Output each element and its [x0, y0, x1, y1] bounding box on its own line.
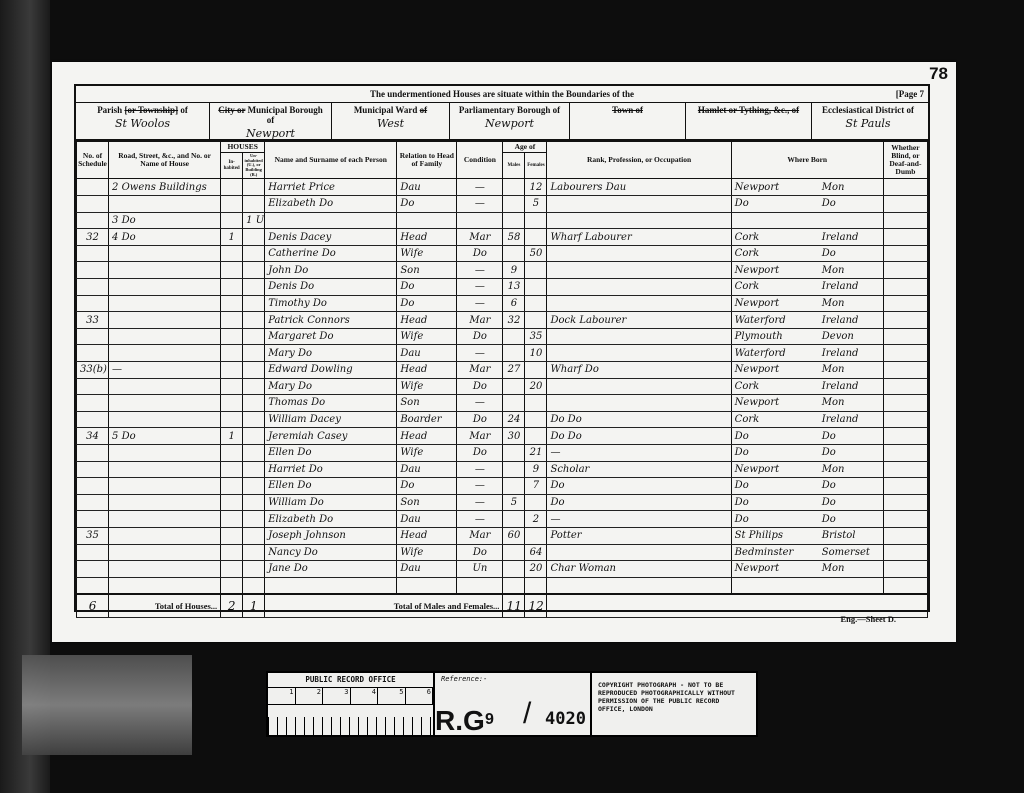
cell-schedule — [77, 577, 109, 594]
cell-name: Elizabeth Do — [265, 511, 397, 528]
cell-male — [503, 544, 525, 561]
district-field: Hamlet or Tything, &c., of — [686, 103, 812, 139]
cell-name: William Dacey — [265, 411, 397, 428]
table-row: 33(b)—Edward DowlingHeadMar27Wharf DoNew… — [77, 362, 928, 379]
cell-relation: Son — [397, 494, 457, 511]
ruler-number: 6 — [406, 688, 434, 704]
cell-condition: — — [457, 395, 503, 412]
cell-schedule — [77, 444, 109, 461]
cell-uninh — [243, 179, 265, 196]
cell-schedule — [77, 494, 109, 511]
cell-born: DoDo — [731, 511, 883, 528]
cell-uninh — [243, 312, 265, 329]
cell-occupation: Do — [547, 478, 731, 495]
census-page: 78 The undermentioned Houses are situate… — [52, 62, 956, 642]
cell-occupation: — — [547, 511, 731, 528]
cell-schedule — [77, 411, 109, 428]
cell-uninh — [243, 262, 265, 279]
district-header: Parish [or Township] ofSt WoolosCity or … — [76, 103, 928, 141]
cell-female: 7 — [525, 478, 547, 495]
cell-born: CorkIreland — [731, 411, 883, 428]
cell-blind — [883, 262, 927, 279]
ruler-ticks — [268, 705, 433, 735]
cell-male: 60 — [503, 527, 525, 544]
cell-male: 6 — [503, 295, 525, 312]
cell-occupation — [547, 378, 731, 395]
cell-relation: Wife — [397, 544, 457, 561]
cell-schedule — [77, 511, 109, 528]
cell-inh — [221, 179, 243, 196]
col-males: Males — [503, 152, 525, 179]
cell-schedule: 34 — [77, 428, 109, 445]
cell-male: 24 — [503, 411, 525, 428]
cell-occupation: Wharf Do — [547, 362, 731, 379]
ruler-number: 5 — [378, 688, 406, 704]
cell-name: Ellen Do — [265, 444, 397, 461]
cell-female: 50 — [525, 245, 547, 262]
cell-road — [109, 527, 221, 544]
cell-schedule — [77, 328, 109, 345]
film-background — [22, 655, 192, 755]
cell-male — [503, 511, 525, 528]
cell-road — [109, 478, 221, 495]
cell-male: 5 — [503, 494, 525, 511]
cell-inh — [221, 245, 243, 262]
cell-born: NewportMon — [731, 362, 883, 379]
cell-occupation: Do — [547, 494, 731, 511]
table-row: Elizabeth DoDo—5DoDo — [77, 196, 928, 213]
cell-born: BedminsterSomerset — [731, 544, 883, 561]
office-name: PUBLIC RECORD OFFICE — [268, 673, 433, 688]
cell-inh: 1 — [221, 229, 243, 246]
cell-inh — [221, 395, 243, 412]
col-relation: Relation to Head of Family — [397, 142, 457, 179]
reference-series: 9 — [485, 711, 494, 729]
boundaries-banner: The undermentioned Houses are situate wi… — [76, 86, 928, 103]
cell-uninh — [243, 428, 265, 445]
cell-schedule — [77, 544, 109, 561]
cell-occupation: Do Do — [547, 411, 731, 428]
cell-blind — [883, 345, 927, 362]
cell-uninh — [243, 229, 265, 246]
cell-name: Denis Dacey — [265, 229, 397, 246]
cell-blind — [883, 395, 927, 412]
cell-born: PlymouthDevon — [731, 328, 883, 345]
cell-name: Mary Do — [265, 345, 397, 362]
total-females: 12 — [525, 594, 547, 618]
cell-blind — [883, 428, 927, 445]
cell-occupation — [547, 577, 731, 594]
cell-inh — [221, 411, 243, 428]
cell-occupation — [547, 245, 731, 262]
cell-condition: Do — [457, 328, 503, 345]
cell-name: Mary Do — [265, 378, 397, 395]
cell-male — [503, 561, 525, 578]
cell-schedule: 33(b) — [77, 362, 109, 379]
cell-name: Ellen Do — [265, 478, 397, 495]
cell-occupation: Dock Labourer — [547, 312, 731, 329]
cell-female: 10 — [525, 345, 547, 362]
total-houses-label: Total of Houses... — [109, 594, 221, 618]
cell-condition: — — [457, 494, 503, 511]
cell-schedule — [77, 196, 109, 213]
cell-female — [525, 312, 547, 329]
cell-male — [503, 212, 525, 229]
cell-female — [525, 262, 547, 279]
cell-occupation — [547, 295, 731, 312]
cell-female — [525, 411, 547, 428]
cell-male: 30 — [503, 428, 525, 445]
cell-occupation — [547, 262, 731, 279]
table-row: William DoSon—5DoDoDo — [77, 494, 928, 511]
cell-name: Harriet Price — [265, 179, 397, 196]
table-row: Ellen DoDo—7DoDoDo — [77, 478, 928, 495]
cell-relation: Son — [397, 395, 457, 412]
table-row: 3 Do1 U — [77, 212, 928, 229]
cell-road — [109, 328, 221, 345]
cell-female — [525, 362, 547, 379]
cell-uninh — [243, 279, 265, 296]
total-uninhabited: 1 — [243, 594, 265, 618]
district-value: Newport — [214, 127, 327, 140]
cell-condition: — — [457, 279, 503, 296]
sheet-code: Eng.—Sheet D. — [841, 614, 897, 624]
col-houses: HOUSES — [221, 142, 265, 153]
cell-schedule — [77, 395, 109, 412]
cell-born: St PhilipsBristol — [731, 527, 883, 544]
cell-condition: — — [457, 461, 503, 478]
cell-relation: Wife — [397, 328, 457, 345]
district-value: St Woolos — [80, 117, 205, 130]
cell-schedule — [77, 461, 109, 478]
ruler-number: 4 — [351, 688, 379, 704]
reference-piece: 4020 — [545, 709, 586, 729]
cell-blind — [883, 561, 927, 578]
cell-road — [109, 378, 221, 395]
cell-inh — [221, 262, 243, 279]
cell-condition: Do — [457, 245, 503, 262]
cell-occupation: Char Woman — [547, 561, 731, 578]
cell-blind — [883, 362, 927, 379]
cell-female — [525, 577, 547, 594]
cell-occupation — [547, 395, 731, 412]
district-field: Ecclesiastical District ofSt Pauls — [812, 103, 924, 139]
cell-condition: Mar — [457, 428, 503, 445]
cell-name: Harriet Do — [265, 461, 397, 478]
cell-road: 5 Do — [109, 428, 221, 445]
cell-inh — [221, 362, 243, 379]
col-road: Road, Street, &c., and No. or Name of Ho… — [109, 142, 221, 179]
enumeration-schedule: The undermentioned Houses are situate wi… — [74, 84, 930, 612]
cell-inh — [221, 378, 243, 395]
cell-schedule — [77, 212, 109, 229]
cell-inh — [221, 444, 243, 461]
district-field: Parish [or Township] ofSt Woolos — [76, 103, 210, 139]
cell-road — [109, 262, 221, 279]
cell-road — [109, 444, 221, 461]
cell-blind — [883, 212, 927, 229]
cell-relation: Do — [397, 478, 457, 495]
cell-inh — [221, 196, 243, 213]
cell-name: Thomas Do — [265, 395, 397, 412]
cell-road — [109, 411, 221, 428]
table-row: William DaceyBoarderDo24Do DoCorkIreland — [77, 411, 928, 428]
scale-ruler: PUBLIC RECORD OFFICE 123456 — [268, 673, 435, 735]
district-field: City or Municipal Borough ofNewport — [210, 103, 332, 139]
cell-born: DoDo — [731, 444, 883, 461]
cell-name: Margaret Do — [265, 328, 397, 345]
cell-relation: Wife — [397, 245, 457, 262]
cell-condition: Do — [457, 444, 503, 461]
household-table: No. of Schedule Road, Street, &c., and N… — [76, 141, 928, 618]
district-value: West — [336, 117, 445, 130]
cell-female — [525, 428, 547, 445]
cell-relation: Son — [397, 262, 457, 279]
cell-relation: Head — [397, 527, 457, 544]
cell-uninh — [243, 478, 265, 495]
cell-born: CorkIreland — [731, 279, 883, 296]
cell-born: NewportMon — [731, 295, 883, 312]
table-row: Timothy DoDo—6NewportMon — [77, 295, 928, 312]
table-row: Mary DoWifeDo20CorkIreland — [77, 378, 928, 395]
cell-condition — [457, 577, 503, 594]
cell-inh — [221, 544, 243, 561]
cell-uninh — [243, 444, 265, 461]
cell-blind — [883, 245, 927, 262]
cell-uninh — [243, 461, 265, 478]
col-occupation: Rank, Profession, or Occupation — [547, 142, 731, 179]
cell-female — [525, 279, 547, 296]
cell-schedule — [77, 345, 109, 362]
cell-uninh — [243, 328, 265, 345]
cell-occupation — [547, 328, 731, 345]
col-condition: Condition — [457, 142, 503, 179]
public-record-office-label: PUBLIC RECORD OFFICE 123456 Reference:- … — [266, 671, 758, 737]
cell-born: DoDo — [731, 478, 883, 495]
cell-blind — [883, 411, 927, 428]
table-row: 33Patrick ConnorsHeadMar32Dock LabourerW… — [77, 312, 928, 329]
cell-male — [503, 577, 525, 594]
cell-inh — [221, 212, 243, 229]
table-row: Catherine DoWifeDo50CorkDo — [77, 245, 928, 262]
cell-inh — [221, 511, 243, 528]
table-row: Ellen DoWifeDo21—DoDo — [77, 444, 928, 461]
col-blind: Whether Blind, or Deaf-and-Dumb — [883, 142, 927, 179]
cell-uninh — [243, 245, 265, 262]
cell-relation: Dau — [397, 511, 457, 528]
cell-condition: Mar — [457, 312, 503, 329]
cell-name: Nancy Do — [265, 544, 397, 561]
cell-inh: 1 — [221, 428, 243, 445]
cell-road — [109, 544, 221, 561]
cell-relation: Dau — [397, 561, 457, 578]
copyright-notice: COPYRIGHT PHOTOGRAPH - NOT TO BE REPRODU… — [592, 673, 756, 735]
table-row: Nancy DoWifeDo64BedminsterSomerset — [77, 544, 928, 561]
cell-male — [503, 378, 525, 395]
cell-road — [109, 196, 221, 213]
district-value: St Pauls — [816, 117, 920, 130]
cell-road — [109, 245, 221, 262]
cell-male — [503, 179, 525, 196]
cell-female — [525, 212, 547, 229]
cell-uninh — [243, 511, 265, 528]
cell-uninh: 1 U — [243, 212, 265, 229]
cell-female: 5 — [525, 196, 547, 213]
cell-schedule: 33 — [77, 312, 109, 329]
col-schedule: No. of Schedule — [77, 142, 109, 179]
cell-born: WaterfordIreland — [731, 345, 883, 362]
cell-schedule — [77, 295, 109, 312]
cell-name: Joseph Johnson — [265, 527, 397, 544]
cell-schedule — [77, 279, 109, 296]
table-row: 345 Do1Jeremiah CaseyHeadMar30Do DoDoDo — [77, 428, 928, 445]
table-row: 324 Do1Denis DaceyHeadMar58Wharf Laboure… — [77, 229, 928, 246]
cell-condition: — — [457, 262, 503, 279]
table-row: 35Joseph JohnsonHeadMar60PotterSt Philip… — [77, 527, 928, 544]
cell-occupation — [547, 196, 731, 213]
cell-born: NewportMon — [731, 179, 883, 196]
cell-road — [109, 312, 221, 329]
ruler-number: 2 — [296, 688, 324, 704]
cell-condition: Mar — [457, 527, 503, 544]
cell-relation — [397, 577, 457, 594]
cell-uninh — [243, 577, 265, 594]
cell-blind — [883, 312, 927, 329]
cell-male — [503, 478, 525, 495]
cell-inh — [221, 312, 243, 329]
cell-schedule — [77, 378, 109, 395]
total-males: 11 — [503, 594, 525, 618]
cell-name: Timothy Do — [265, 295, 397, 312]
cell-female — [525, 494, 547, 511]
schedule-page: [Page 7 — [896, 86, 924, 102]
cell-road — [109, 494, 221, 511]
cell-condition: Do — [457, 544, 503, 561]
col-females: Females — [525, 152, 547, 179]
cell-road — [109, 345, 221, 362]
cell-inh — [221, 577, 243, 594]
cell-road: 4 Do — [109, 229, 221, 246]
table-row: Margaret DoWifeDo35PlymouthDevon — [77, 328, 928, 345]
table-row: Denis DoDo—13CorkIreland — [77, 279, 928, 296]
table-row: 2 Owens BuildingsHarriet PriceDau—12Labo… — [77, 179, 928, 196]
cell-condition: Mar — [457, 229, 503, 246]
cell-relation: Head — [397, 428, 457, 445]
cell-occupation: Do Do — [547, 428, 731, 445]
cell-name: Patrick Connors — [265, 312, 397, 329]
table-row: Jane DoDauUn20Char WomanNewportMon — [77, 561, 928, 578]
cell-blind — [883, 527, 927, 544]
cell-female — [525, 527, 547, 544]
cell-male: 27 — [503, 362, 525, 379]
cell-name — [265, 212, 397, 229]
cell-road — [109, 295, 221, 312]
cell-occupation: Wharf Labourer — [547, 229, 731, 246]
cell-road: 2 Owens Buildings — [109, 179, 221, 196]
cell-schedule — [77, 262, 109, 279]
reference-slash: / — [523, 697, 531, 731]
cell-male: 9 — [503, 262, 525, 279]
cell-relation: Wife — [397, 378, 457, 395]
cell-schedule — [77, 561, 109, 578]
cell-blind — [883, 295, 927, 312]
cell-blind — [883, 494, 927, 511]
cell-road — [109, 511, 221, 528]
cell-inh — [221, 461, 243, 478]
cell-born — [731, 577, 883, 594]
table-row: Elizabeth DoDau—2—DoDo — [77, 511, 928, 528]
cell-inh — [221, 561, 243, 578]
cell-male — [503, 444, 525, 461]
cell-born: NewportMon — [731, 461, 883, 478]
cell-schedule — [77, 179, 109, 196]
cell-schedule — [77, 478, 109, 495]
cell-born — [731, 212, 883, 229]
cell-relation: Head — [397, 362, 457, 379]
totals-row: 6 Total of Houses... 2 1 Total of Males … — [77, 594, 928, 618]
cell-road — [109, 279, 221, 296]
cell-occupation: Potter — [547, 527, 731, 544]
col-inhabited: In-habited — [221, 152, 243, 179]
cell-born: WaterfordIreland — [731, 312, 883, 329]
cell-name: Jane Do — [265, 561, 397, 578]
cell-male — [503, 196, 525, 213]
cell-inh — [221, 279, 243, 296]
cell-uninh — [243, 395, 265, 412]
cell-inh — [221, 295, 243, 312]
cell-relation: Wife — [397, 444, 457, 461]
cell-male: 13 — [503, 279, 525, 296]
cell-relation: Dau — [397, 345, 457, 362]
cell-name: Catherine Do — [265, 245, 397, 262]
cell-female: 35 — [525, 328, 547, 345]
cell-condition: Un — [457, 561, 503, 578]
cell-occupation — [547, 345, 731, 362]
cell-blind — [883, 378, 927, 395]
cell-male: 32 — [503, 312, 525, 329]
cell-female: 64 — [525, 544, 547, 561]
cell-blind — [883, 461, 927, 478]
cell-inh — [221, 328, 243, 345]
cell-road: — — [109, 362, 221, 379]
cell-condition: Mar — [457, 362, 503, 379]
cell-relation: Head — [397, 312, 457, 329]
cell-relation: Dau — [397, 179, 457, 196]
table-row: Harriet DoDau—9ScholarNewportMon — [77, 461, 928, 478]
cell-inh — [221, 527, 243, 544]
cell-born: NewportMon — [731, 561, 883, 578]
cell-schedule: 32 — [77, 229, 109, 246]
cell-condition: — — [457, 345, 503, 362]
district-field: Municipal Ward ofWest — [332, 103, 450, 139]
total-inhabited: 2 — [221, 594, 243, 618]
cell-male: 58 — [503, 229, 525, 246]
cell-female: 9 — [525, 461, 547, 478]
cell-blind — [883, 544, 927, 561]
cell-condition: — — [457, 179, 503, 196]
cell-female: 20 — [525, 561, 547, 578]
ruler-number: 3 — [323, 688, 351, 704]
cell-male — [503, 461, 525, 478]
col-uninhabited: Un-inhabited (U.), or Building (B.) — [243, 152, 265, 179]
table-row — [77, 577, 928, 594]
cell-road — [109, 577, 221, 594]
district-value: Newport — [454, 117, 565, 130]
total-persons-label: Total of Males and Females... — [265, 594, 503, 618]
cell-blind — [883, 511, 927, 528]
cell-female — [525, 395, 547, 412]
total-schedules: 6 — [77, 594, 109, 618]
